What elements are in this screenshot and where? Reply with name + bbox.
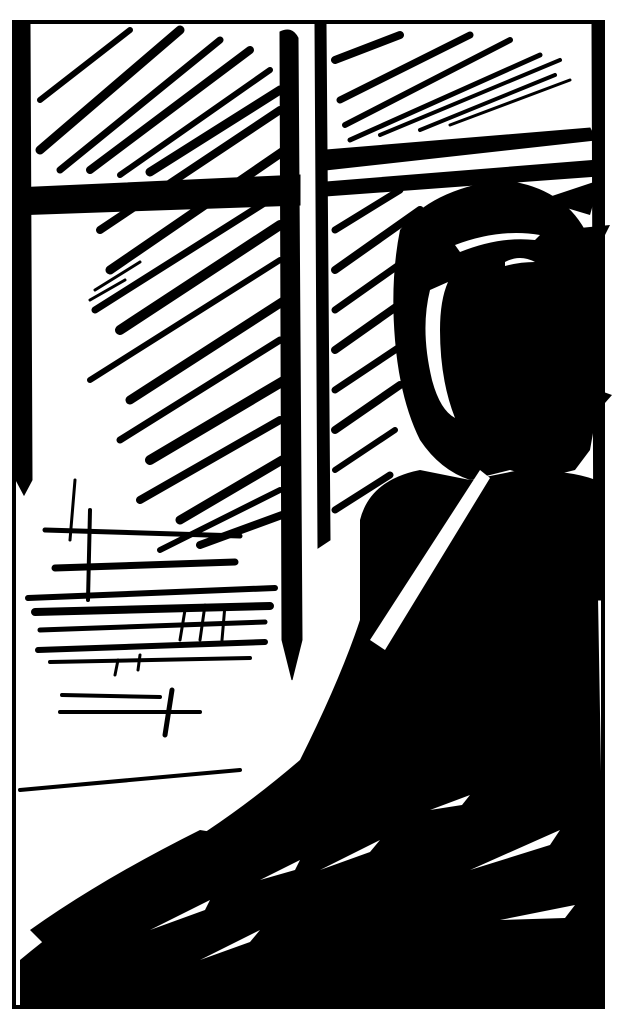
illustration-canvas xyxy=(0,0,619,1024)
ink-illustration xyxy=(0,0,619,1024)
